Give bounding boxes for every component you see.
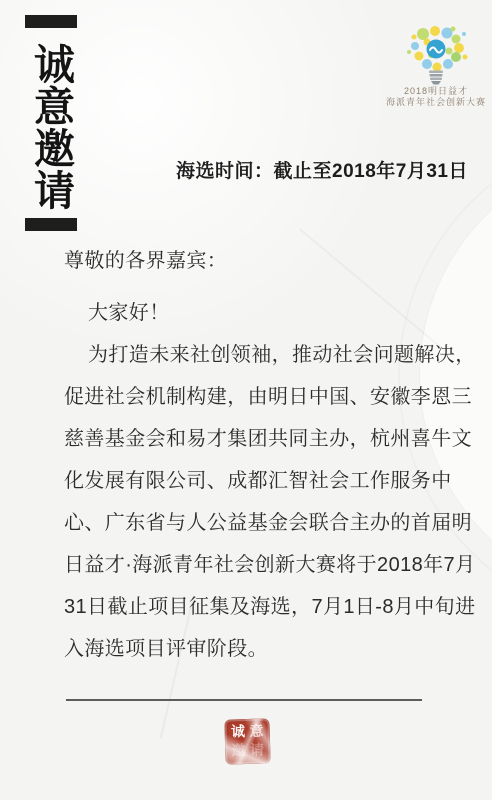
deadline-headline: 海选时间：截止至2018年7月31日: [176, 156, 468, 183]
footer-divider: [66, 699, 422, 701]
seal-char: 请: [248, 741, 267, 760]
invitation-page: 诚意邀请: [0, 0, 492, 800]
logo-title-line2: 海派青年社会创新大赛: [376, 97, 492, 108]
banner-top-bar: [25, 15, 77, 28]
letter-line: 促进社会机制构建，由明日中国、安徽李恩三: [64, 376, 474, 418]
logo-title-line1: 2018明日益才: [376, 86, 492, 97]
letter-body: 尊敬的各界嘉宾：大家好！为打造未来社创领袖，推动社会问题解决，促进社会机制构建，…: [64, 240, 474, 670]
seal-char: 邀: [229, 742, 248, 761]
banner-bottom-bar: [25, 218, 77, 231]
letter-line: 心、广东省与人公益基金会联合主办的首届明: [64, 502, 474, 544]
letter-line: 入海选项目评审阶段。: [64, 628, 474, 670]
seal-char: 诚: [229, 723, 248, 742]
letter-line: 尊敬的各界嘉宾：: [64, 240, 474, 282]
letter-line: 日益才·海派青年社会创新大赛将于2018年7月: [64, 544, 474, 586]
seal-char: 意: [247, 723, 266, 742]
lightbulb-dots-logo-icon: [401, 24, 471, 86]
letter-line: 慈善基金会和易才集团共同主办，杭州喜牛文: [64, 418, 474, 460]
letter-line: 化发展有限公司、成都汇智社会工作服务中: [64, 460, 474, 502]
letter-line: 大家好！: [88, 292, 474, 334]
invitation-vertical-title: 诚意邀请: [24, 40, 78, 214]
letter-line: 31日截止项目征集及海选，7月1日-8月中旬进: [64, 586, 474, 628]
contest-logo: 2018明日益才 海派青年社会创新大赛: [376, 24, 492, 108]
letter-line: 为打造未来社创领袖，推动社会问题解决，: [88, 334, 474, 376]
invitation-seal-stamp: 诚 意 邀 请: [224, 718, 270, 764]
